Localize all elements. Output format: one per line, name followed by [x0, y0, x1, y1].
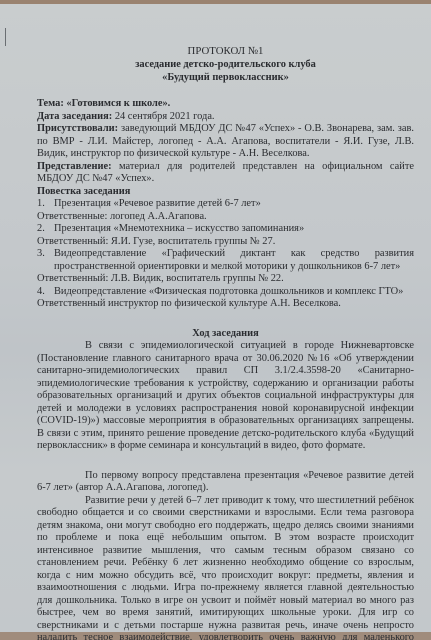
document-body: ПРОТОКОЛ №1 заседание детско-родительско…	[37, 44, 414, 640]
document-subtitle: заседание детско-родительского клуба	[37, 58, 414, 71]
document-header: ПРОТОКОЛ №1 заседание детско-родительско…	[37, 44, 414, 84]
agenda-list: 1. Презентация «Речевое развитие детей 6…	[37, 198, 414, 311]
document-title: ПРОТОКОЛ №1	[37, 44, 414, 58]
agenda-item-responsible: Ответственный: Я.И. Гузе, воспитатель гр…	[37, 236, 414, 249]
topic-line: Тема: «Готовимся к школе».	[37, 98, 414, 111]
agenda-item-number: 1.	[37, 198, 54, 211]
agenda-item: 3. Видеопредставление «Графический дикта…	[37, 248, 414, 273]
topic-value: «Готовимся к школе».	[66, 98, 170, 109]
date-label: Дата заседания:	[37, 111, 112, 122]
presentation-line: Представление: материал для родителей пр…	[37, 161, 414, 186]
agenda-item: 4. Видеопредставление «Физическая подгот…	[37, 286, 414, 299]
agenda-item-responsible: Ответственный инструктор по физической к…	[37, 298, 414, 311]
club-name: «Будущий первоклассник»	[37, 71, 414, 84]
agenda-heading: Повестка заседания	[37, 186, 414, 199]
agenda-item: 2. Презентация «Мнемотехника – искусство…	[37, 223, 414, 236]
agenda-item-text: Видеопредставление «Графический диктант …	[54, 248, 414, 273]
date-line: Дата заседания: 24 сентября 2021 года.	[37, 111, 414, 124]
agenda-item-number: 2.	[37, 223, 54, 236]
present-label: Присутствовали:	[37, 123, 118, 134]
agenda-item-responsible: Ответственные: логопед А.А.Агапова.	[37, 211, 414, 224]
proceedings-paragraph: Развитие речи у детей 6–7 лет приводит к…	[37, 495, 414, 640]
agenda-item: 1. Презентация «Речевое развитие детей 6…	[37, 198, 414, 211]
proceedings-paragraph: В связи с эпидемиологической ситуацией в…	[37, 340, 414, 453]
presentation-label: Представление:	[37, 161, 112, 172]
proceedings-paragraph: По первому вопросу представлена презента…	[37, 470, 414, 495]
topic-label: Тема:	[37, 98, 64, 109]
agenda-item-responsible: Ответственный: Л.В. Видик, воспитатель г…	[37, 273, 414, 286]
agenda-item-number: 3.	[37, 248, 54, 273]
present-line: Присутствовали: заведующий МБДОУ ДС №47 …	[37, 123, 414, 161]
date-value: 24 сентября 2021 года.	[115, 111, 215, 122]
agenda-item-number: 4.	[37, 286, 54, 299]
agenda-item-text: Презентация «Мнемотехника – искусство за…	[54, 223, 414, 236]
proceedings-heading: Ход заседания	[37, 328, 414, 341]
agenda-item-text: Презентация «Речевое развитие детей 6-7 …	[54, 198, 414, 211]
margin-mark	[5, 28, 6, 46]
agenda-item-text: Видеопредставление «Физическая подготовк…	[54, 286, 414, 299]
